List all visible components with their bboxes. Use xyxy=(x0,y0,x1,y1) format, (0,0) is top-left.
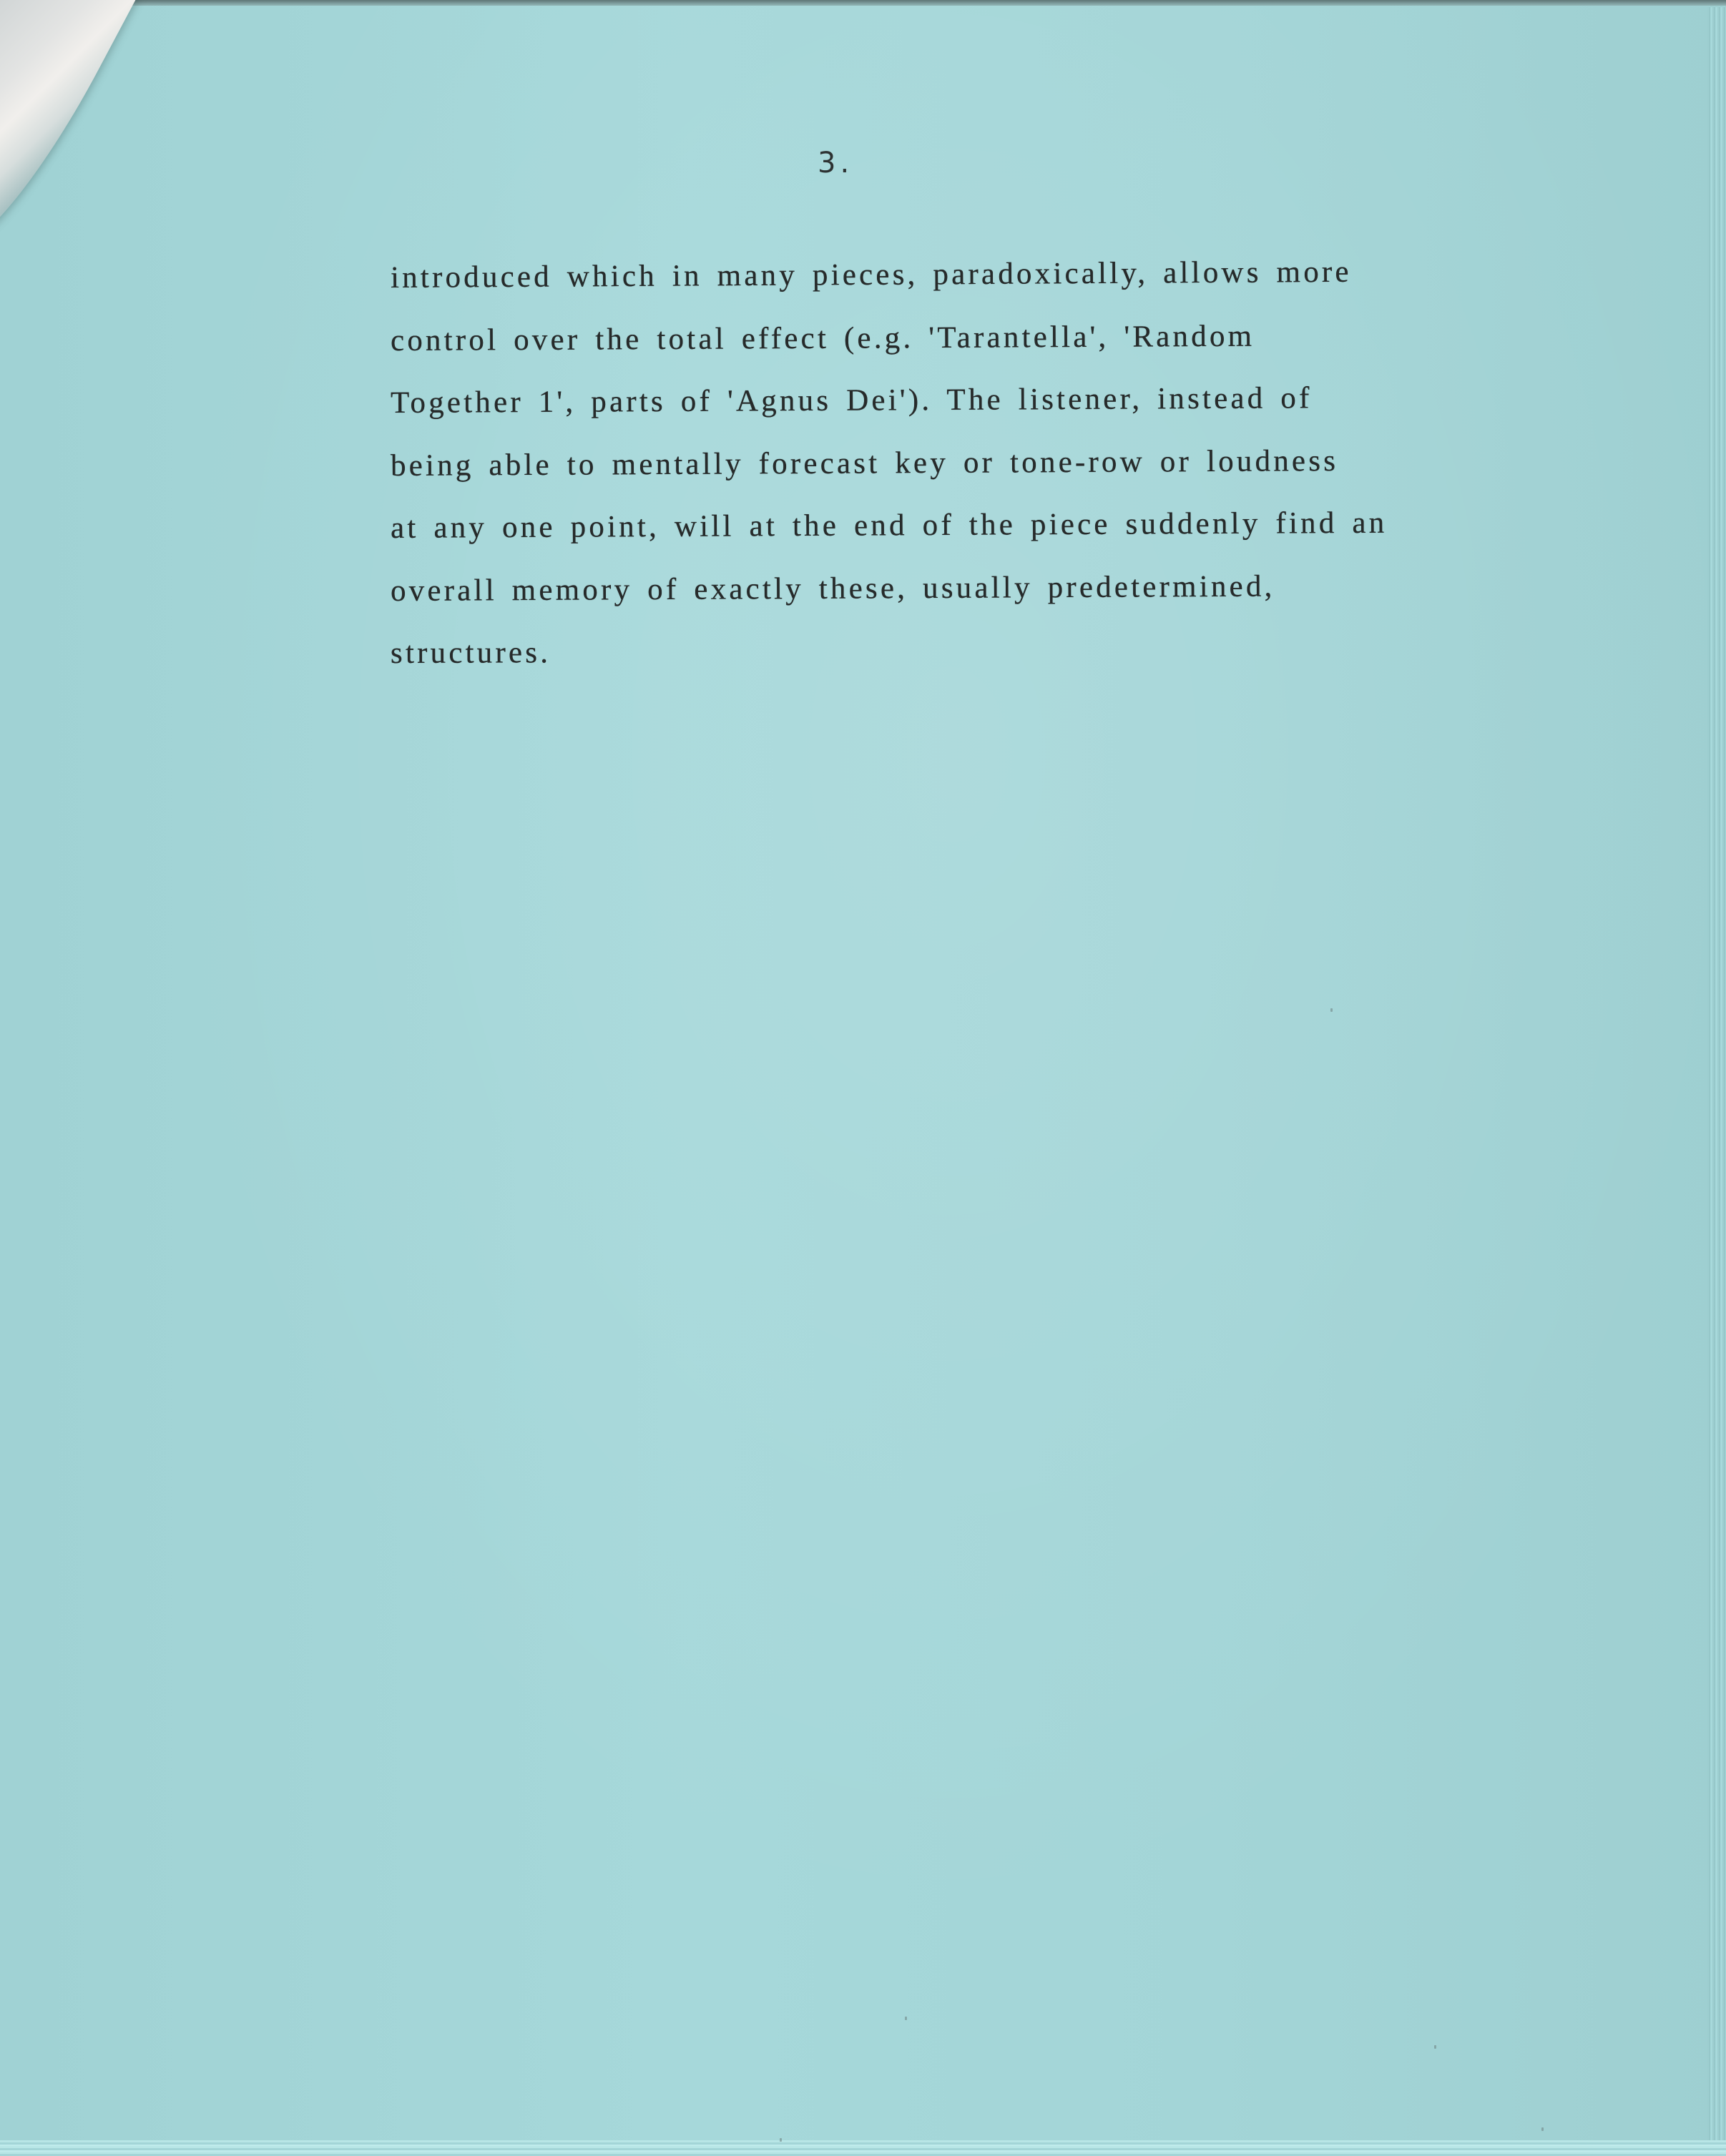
curled-page-corner xyxy=(0,0,143,243)
text-line: structures. xyxy=(391,619,1506,685)
text-line: introduced which in many pieces, paradox… xyxy=(391,240,1507,309)
paper-speck xyxy=(905,2017,907,2020)
page-number: 3. xyxy=(818,147,853,179)
stacked-page-edges-bottom xyxy=(0,2140,1726,2156)
paper-speck xyxy=(1541,2127,1544,2131)
paper-speck xyxy=(780,2138,782,2142)
paper-speck xyxy=(1330,1008,1333,1012)
scanned-page: 3. introduced which in many pieces, para… xyxy=(0,0,1726,2156)
text-line: Together 1', parts of 'Agnus Dei'). The … xyxy=(391,366,1506,435)
body-paragraph: introduced which in many pieces, paradox… xyxy=(391,247,1506,685)
paper-speck xyxy=(1434,2045,1436,2049)
text-line: overall memory of exactly these, usually… xyxy=(391,553,1506,622)
text-line: being able to mentally forecast key or t… xyxy=(391,428,1506,497)
page-top-edge xyxy=(132,0,1726,6)
text-line: at any one point, will at the end of the… xyxy=(391,491,1506,560)
text-line: control over the total effect (e.g. 'Tar… xyxy=(391,303,1506,372)
stacked-page-edges-right xyxy=(1707,7,1726,2152)
